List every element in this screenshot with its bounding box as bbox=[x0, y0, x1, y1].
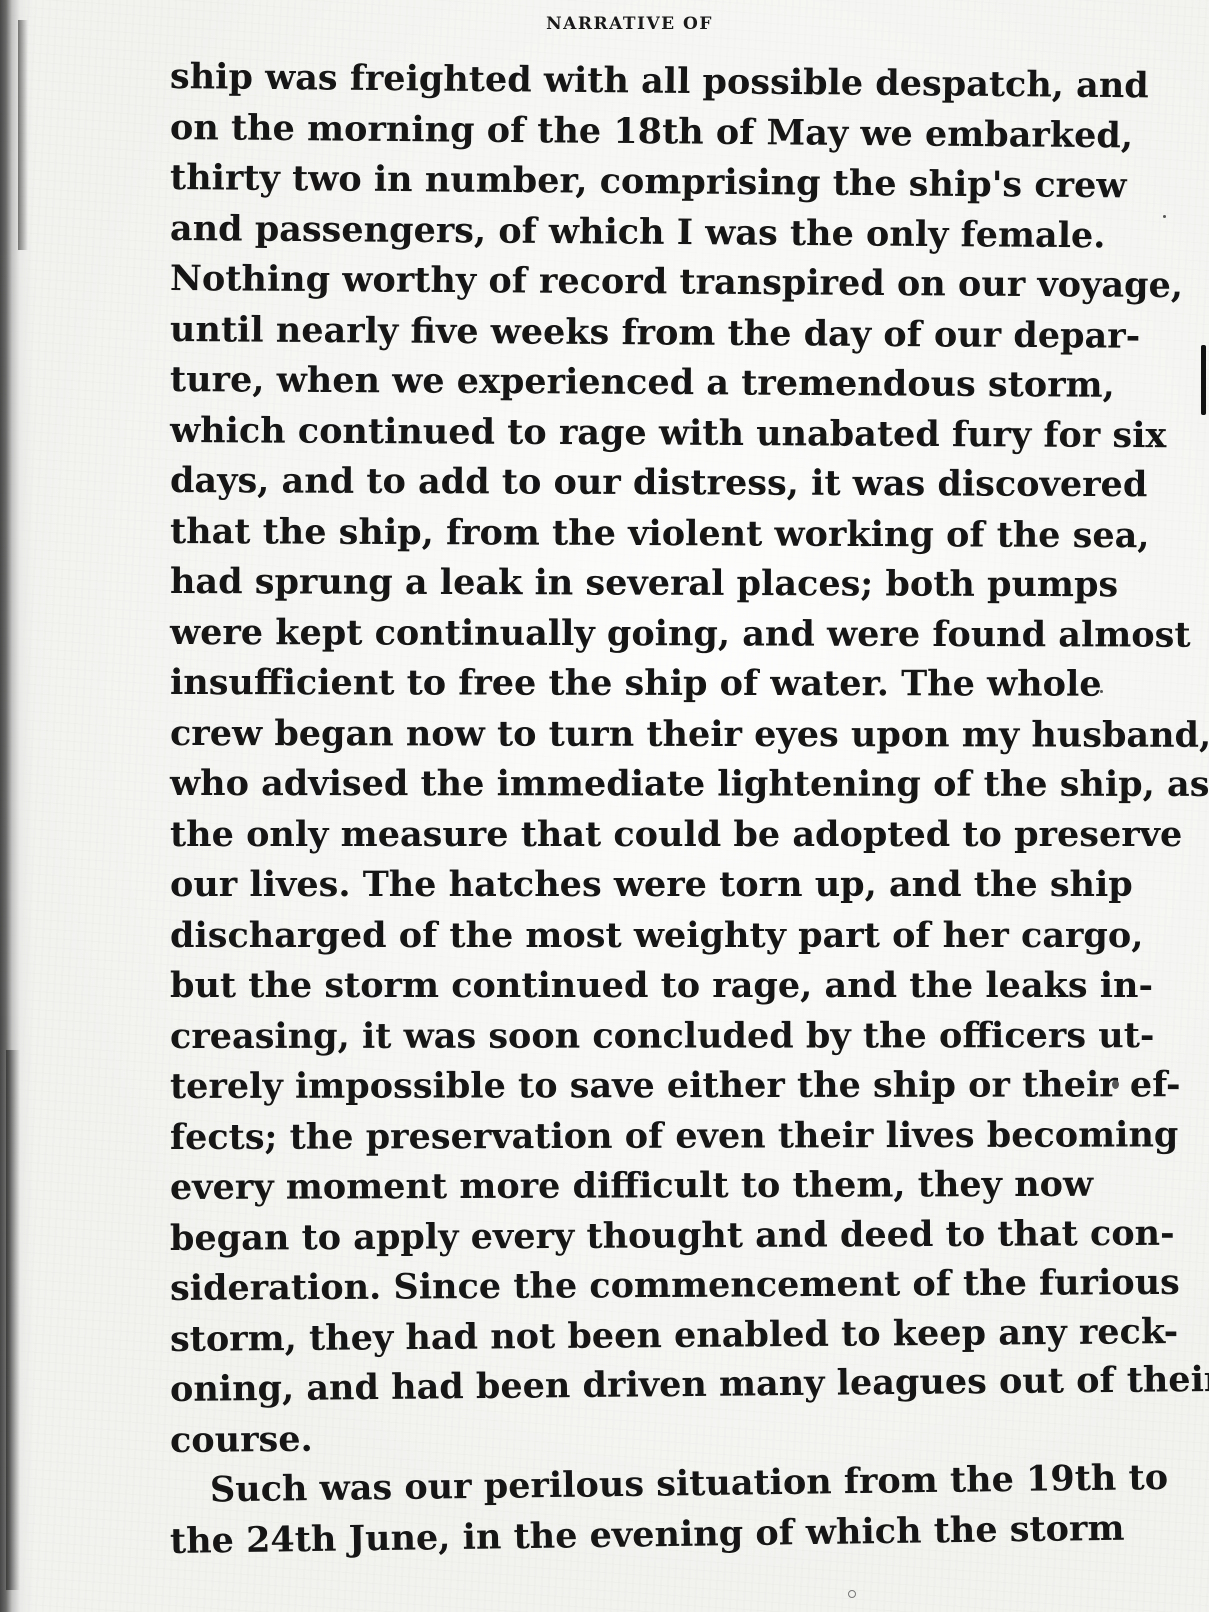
text-line: crew began now to turn their eyes upon m… bbox=[170, 709, 1075, 761]
paper-speck bbox=[1100, 690, 1103, 693]
body-text: ship was freighted with all possible des… bbox=[170, 52, 1075, 1567]
torn-binding-edge bbox=[0, 0, 34, 1612]
text-line: days, and to add to our distress, it was… bbox=[170, 456, 1075, 510]
text-line: insufficient to free the ship of water. … bbox=[170, 658, 1075, 710]
text-line: began to apply every thought and deed to… bbox=[170, 1209, 1075, 1264]
text-line: sideration. Since the commencement of th… bbox=[170, 1258, 1075, 1314]
paper-speck bbox=[848, 1590, 856, 1598]
text-line: oning, and had been driven many leagues … bbox=[170, 1356, 1075, 1415]
text-line: which continued to rage with unabated fu… bbox=[170, 406, 1075, 461]
text-line: the only measure that could be adopted t… bbox=[170, 810, 1075, 861]
text-line: fects; the preservation of even their li… bbox=[170, 1110, 1075, 1163]
text-line: thirty two in number, comprising the shi… bbox=[170, 153, 1075, 211]
text-line: and passengers, of which I was the only … bbox=[170, 204, 1075, 262]
paragraph-1: ship was freighted with all possible des… bbox=[170, 52, 1075, 1466]
text-line: but the storm continued to rage, and the… bbox=[170, 961, 1075, 1012]
paper-speck bbox=[1163, 215, 1166, 218]
text-line: until nearly five weeks from the day of … bbox=[170, 305, 1075, 362]
text-line: who advised the immediate lightening of … bbox=[170, 759, 1075, 810]
scanned-book-page: NARRATIVE OF ship was freighted with all… bbox=[0, 0, 1209, 1612]
text-line: that the ship, from the violent working … bbox=[170, 507, 1075, 561]
text-line: ture, when we experienced a tremendous s… bbox=[170, 355, 1075, 411]
text-line: were kept continually going, and were fo… bbox=[170, 608, 1075, 661]
right-margin-mark bbox=[1201, 345, 1206, 415]
text-line: ship was freighted with all possible des… bbox=[170, 52, 1075, 111]
paragraph-2: Such was our perilous situation from the… bbox=[170, 1466, 1075, 1567]
text-line: our lives. The hatches were torn up, and… bbox=[170, 860, 1075, 911]
paper-speck bbox=[1112, 1080, 1119, 1089]
text-line: discharged of the most weighty part of h… bbox=[170, 911, 1075, 962]
text-line: every moment more difficult to them, the… bbox=[170, 1160, 1075, 1214]
running-head: NARRATIVE OF bbox=[0, 14, 1209, 34]
text-line: storm, they had not been enabled to keep… bbox=[170, 1307, 1075, 1365]
text-line: on the morning of the 18th of May we emb… bbox=[170, 103, 1075, 161]
text-line: creasing, it was soon concluded by the o… bbox=[170, 1011, 1075, 1062]
text-line: Nothing worthy of record transpired on o… bbox=[170, 254, 1075, 311]
text-line: terely impossible to save either the shi… bbox=[170, 1060, 1075, 1112]
text-line: had sprung a leak in several places; bot… bbox=[170, 557, 1075, 611]
